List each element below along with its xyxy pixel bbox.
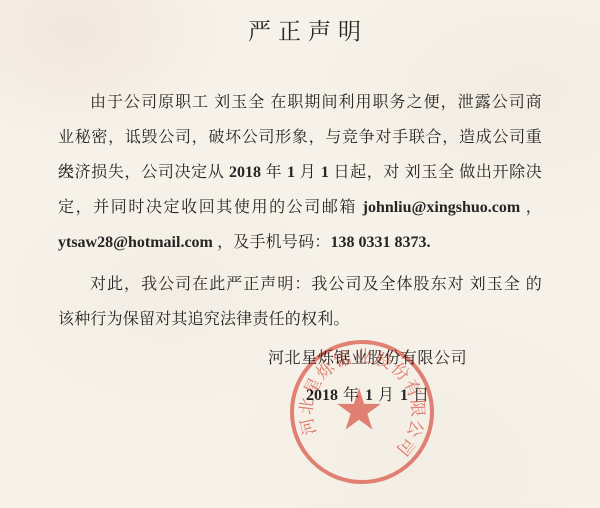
text-segment: ，: [520, 199, 542, 216]
body-line-5: ytsaw28@hotmail.com ，及手机号码：138 0331 8373…: [58, 225, 542, 260]
document-page: 严正声明 由于公司原职工 刘玉全 在职期间利用职务之便，泄露公司商 业秘密，诋毁…: [0, 0, 600, 508]
text-segment: 1: [400, 387, 408, 404]
text-segment: 定，并同时决定收回其使用的公司邮箱: [58, 199, 363, 216]
signature-date: 2018 年 1 月 1 日: [306, 378, 430, 413]
text-segment: 1: [321, 164, 329, 181]
text-segment: 1: [365, 387, 373, 404]
text-segment: 2018: [306, 387, 338, 404]
signature-company-name: 河北星烁锯业股份有限公司: [268, 341, 467, 376]
text-segment: 该种行为保留对其追究法律责任的权利。: [58, 311, 350, 328]
text-segment: 经济损失，公司决定从: [58, 164, 229, 181]
body-line-7: 该种行为保留对其追究法律责任的权利。: [58, 302, 542, 337]
text-segment: johnliu@xingshuo.com: [363, 199, 521, 216]
text-segment: 日: [408, 387, 430, 404]
text-segment: 年: [261, 164, 287, 181]
text-segment: 月: [373, 387, 400, 404]
body-line-6: 对此，我公司在此严正声明：我公司及全体股东对 刘玉全 的: [58, 267, 542, 302]
body-line-3: 经济损失，公司决定从 2018 年 1 月 1 日起，对 刘玉全 做出开除决: [58, 155, 542, 190]
text-segment: 2018: [229, 164, 261, 181]
text-segment: 日起，对 刘玉全 做出开除决: [329, 164, 542, 181]
body-line-4: 定，并同时决定收回其使用的公司邮箱 johnliu@xingshuo.com ，: [58, 190, 542, 225]
text-segment: ，及手机号码：: [213, 234, 331, 251]
text-segment: 1: [287, 164, 295, 181]
text-segment: 由于公司原职工 刘玉全 在职期间利用职务之便，泄露公司商: [90, 94, 542, 111]
text-segment: 对此，我公司在此严正声明：我公司及全体股东对 刘玉全 的: [90, 276, 542, 293]
text-segment: ytsaw28@hotmail.com: [58, 234, 213, 251]
body-line-1: 由于公司原职工 刘玉全 在职期间利用职务之便，泄露公司商: [58, 85, 542, 120]
text-segment: 138 0331 8373.: [330, 234, 430, 251]
body-line-2: 业秘密，诋毁公司，破坏公司形象，与竞争对手联合，造成公司重大: [58, 120, 542, 155]
document-body: 由于公司原职工 刘玉全 在职期间利用职务之便，泄露公司商 业秘密，诋毁公司，破坏…: [58, 85, 542, 337]
text-segment: 月: [295, 164, 321, 181]
document-title: 严正声明: [8, 13, 600, 46]
text-segment: 年: [338, 387, 365, 404]
